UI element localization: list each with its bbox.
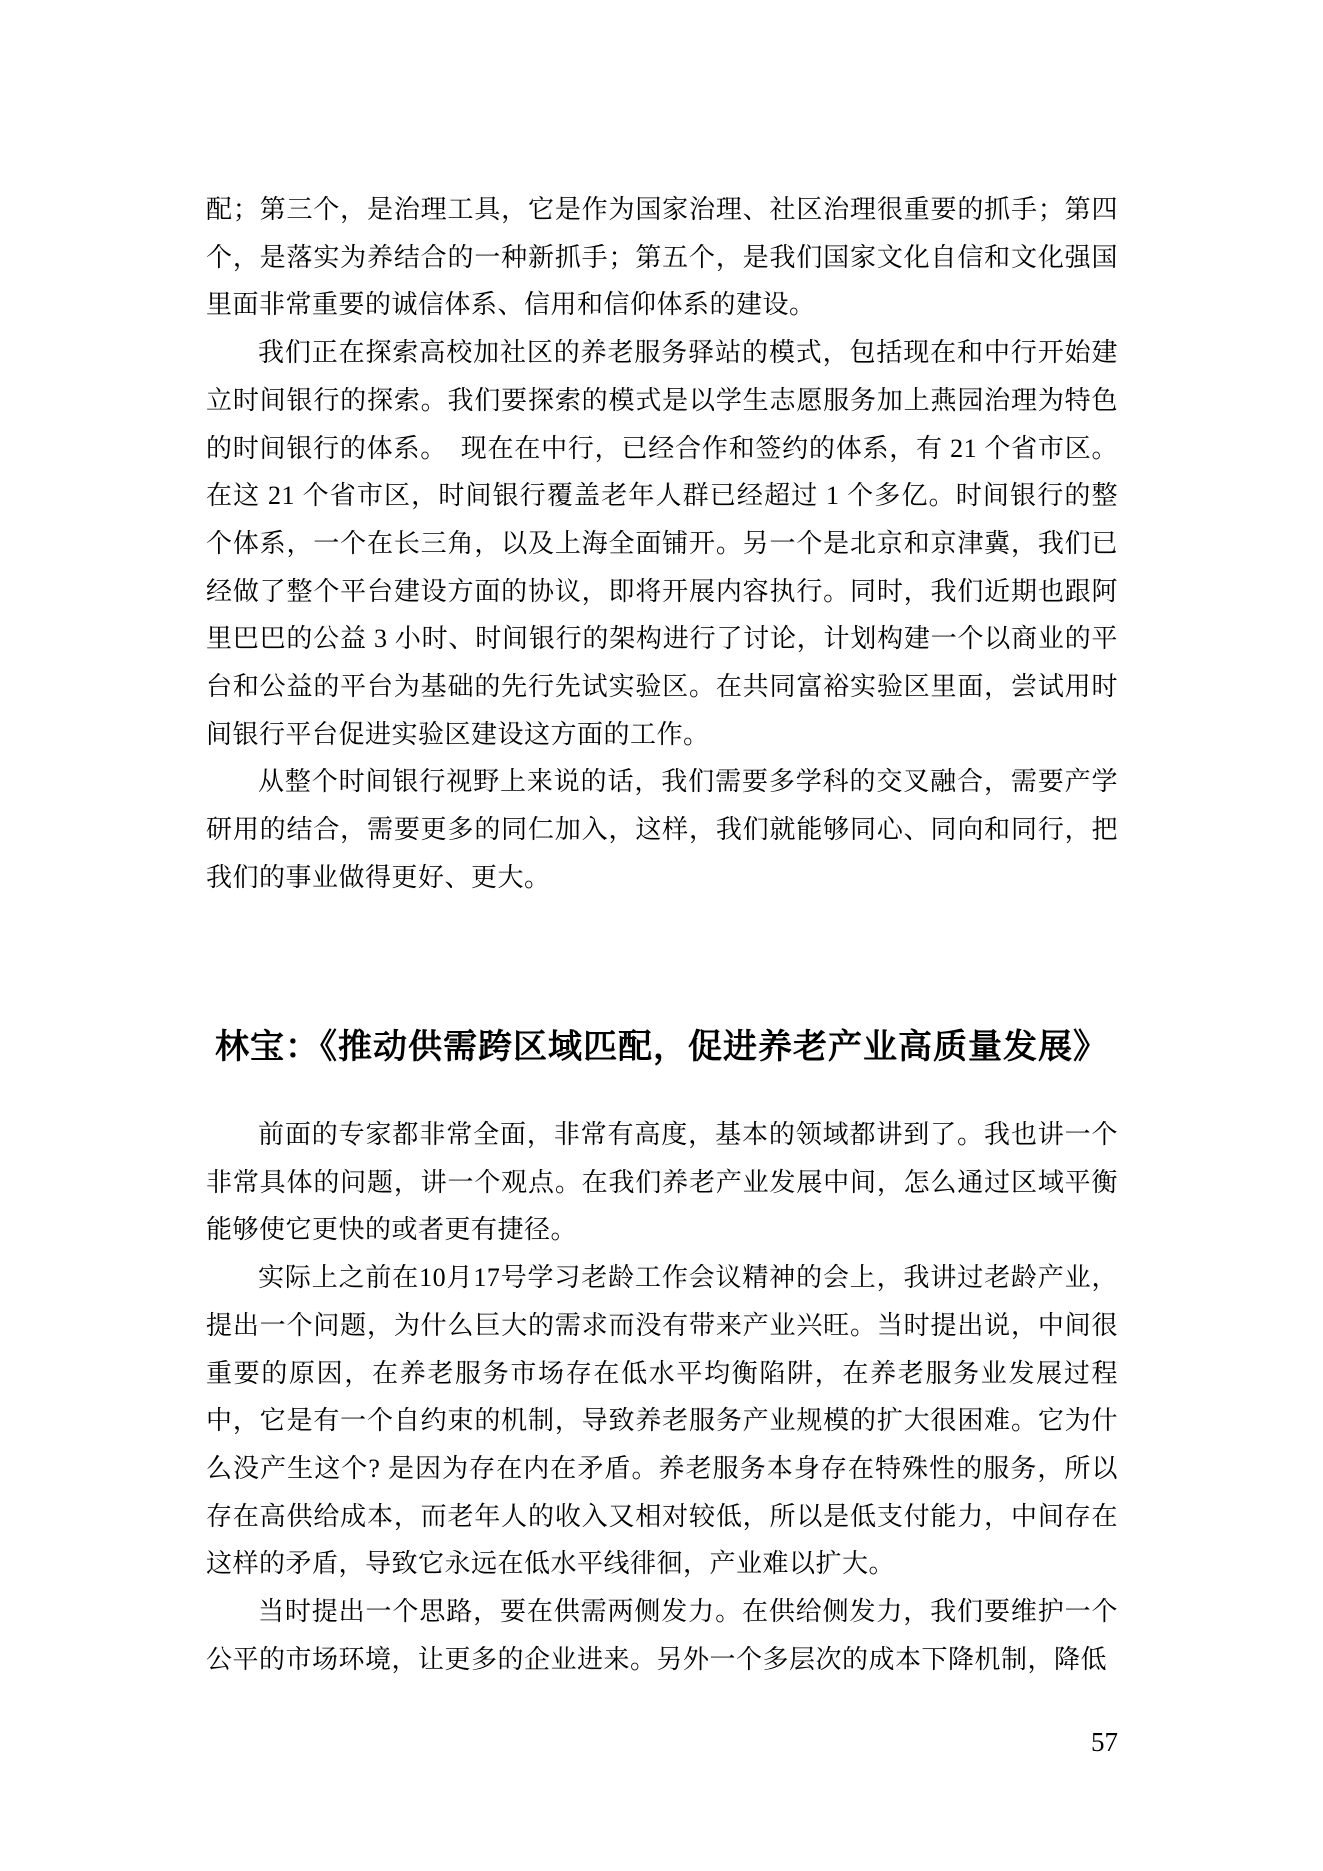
section-heading: 林宝：《推动供需跨区域匹配，促进养老产业高质量发展》 [150, 1022, 1173, 1072]
document-page: 配；第三个，是治理工具，它是作为国家治理、社区治理很重要的抓手；第四个，是落实为… [0, 0, 1323, 1871]
paragraph: 当时提出一个思路，要在供需两侧发力。在供给侧发力，我们要维护一个公平的市场环境，… [206, 1588, 1118, 1683]
section-2-body: 前面的专家都非常全面，非常有高度，基本的领域都讲到了。我也讲一个非常具体的问题，… [206, 1111, 1118, 1683]
paragraph: 前面的专家都非常全面，非常有高度，基本的领域都讲到了。我也讲一个非常具体的问题，… [206, 1111, 1118, 1254]
page-number: 57 [206, 1726, 1118, 1758]
paragraph: 从整个时间银行视野上来说的话，我们需要多学科的交叉融合，需要产学研用的结合，需要… [206, 758, 1118, 901]
paragraph: 实际上之前在10月17号学习老龄工作会议精神的会上，我讲过老龄产业，提出一个问题… [206, 1254, 1118, 1588]
paragraph-continuation: 配；第三个，是治理工具，它是作为国家治理、社区治理很重要的抓手；第四个，是落实为… [206, 186, 1118, 329]
section-1-body: 配；第三个，是治理工具，它是作为国家治理、社区治理很重要的抓手；第四个，是落实为… [206, 186, 1118, 902]
paragraph: 我们正在探索高校加社区的养老服务驿站的模式，包括现在和中行开始建立时间银行的探索… [206, 329, 1118, 758]
